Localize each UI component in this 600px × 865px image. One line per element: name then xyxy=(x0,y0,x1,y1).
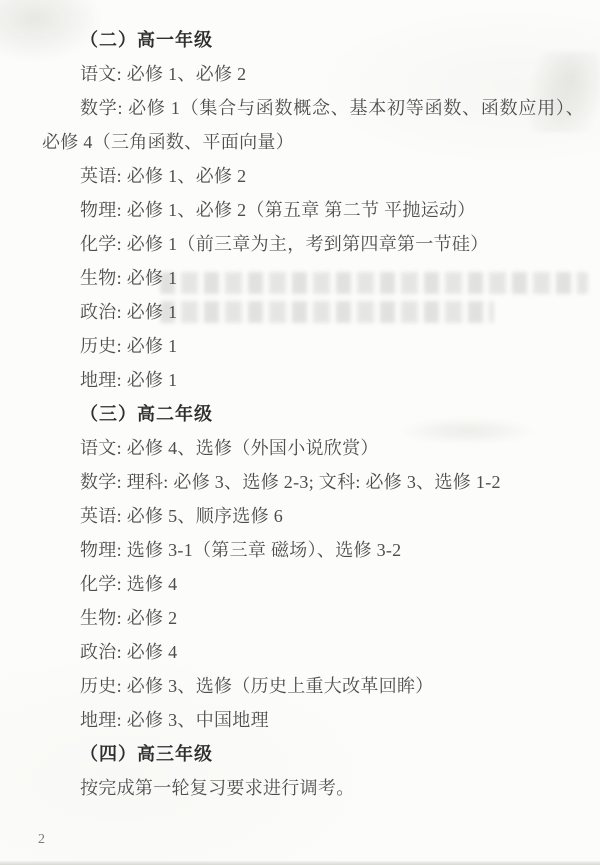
summary-line: 按完成第一轮复习要求进行调考。 xyxy=(42,771,584,805)
subject-line-history: 历史: 必修 1 xyxy=(42,329,584,363)
subject-line-politics: 政治: 必修 1 xyxy=(42,295,584,329)
subject-line-biology: 生物: 必修 2 xyxy=(42,601,584,635)
subject-line-math: 数学: 必修 1（集合与函数概念、基本初等函数、函数应用）、必修 4（三角函数、… xyxy=(42,91,584,159)
page-number: 2 xyxy=(38,832,45,848)
subject-line-english: 英语: 必修 1、必修 2 xyxy=(42,159,584,193)
subject-line-chinese: 语文: 必修 1、必修 2 xyxy=(42,57,584,91)
subject-line-english: 英语: 必修 5、顺序选修 6 xyxy=(42,499,584,533)
subject-line-chinese: 语文: 必修 4、选修（外国小说欣赏） xyxy=(42,431,584,465)
section-heading-grade11: （三）高二年级 xyxy=(42,397,584,431)
section-heading-grade12: （四）高三年级 xyxy=(42,737,584,771)
subject-line-geography: 地理: 必修 3、中国地理 xyxy=(42,703,584,737)
subject-line-math: 数学: 理科: 必修 3、选修 2-3; 文科: 必修 3、选修 1-2 xyxy=(42,465,584,499)
subject-line-chemistry: 化学: 必修 1（前三章为主，考到第四章第一节硅） xyxy=(42,227,584,261)
subject-line-chemistry: 化学: 选修 4 xyxy=(42,567,584,601)
section-heading-grade10: （二）高一年级 xyxy=(42,23,584,57)
subject-line-physics: 物理: 必修 1、必修 2（第五章 第二节 平抛运动） xyxy=(42,193,584,227)
subject-line-biology: 生物: 必修 1 xyxy=(42,261,584,295)
scanned-page: （二）高一年级 语文: 必修 1、必修 2 数学: 必修 1（集合与函数概念、基… xyxy=(0,0,600,865)
subject-line-history: 历史: 必修 3、选修（历史上重大改革回眸） xyxy=(42,669,584,703)
document-body: （二）高一年级 语文: 必修 1、必修 2 数学: 必修 1（集合与函数概念、基… xyxy=(42,23,584,805)
subject-line-politics: 政治: 必修 4 xyxy=(42,635,584,669)
scan-edge-shadow xyxy=(0,861,600,865)
subject-line-geography: 地理: 必修 1 xyxy=(42,363,584,397)
subject-line-physics: 物理: 选修 3-1（第三章 磁场）、选修 3-2 xyxy=(42,533,584,567)
